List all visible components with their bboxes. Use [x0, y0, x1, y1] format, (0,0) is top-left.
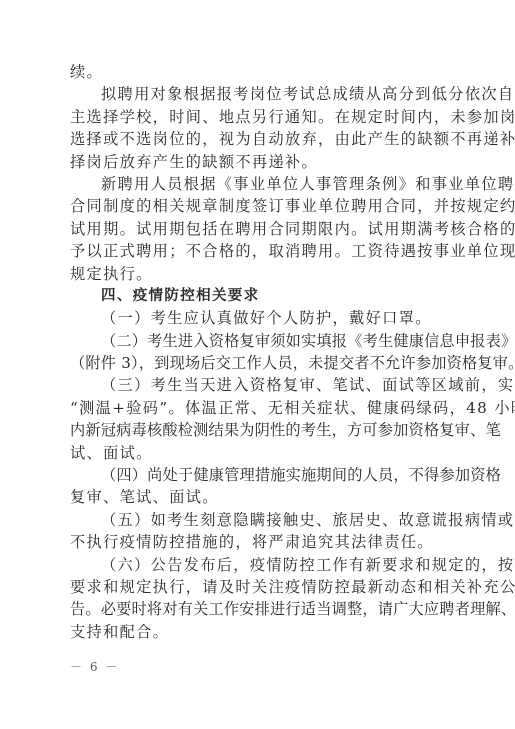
text-line: 试、面试。 — [70, 442, 449, 464]
text-line: 择岗后放弃产生的缺额不再递补。 — [70, 151, 449, 173]
text-line: 复审、笔试、面试。 — [70, 486, 449, 508]
section-heading: 四、疫情防控相关要求 — [70, 285, 449, 307]
text-line: 不执行疫情防控措施的，将严肃追究其法律责任。 — [70, 531, 449, 553]
text-line: 合同制度的相关规章制度签订事业单位聘用合同，并按规定约定 — [70, 195, 449, 217]
list-item-2: （二）考生进入资格复审须如实填报《考生健康信息申报表》 — [70, 330, 449, 352]
list-item-4: （四）尚处于健康管理措施实施期间的人员，不得参加资格 — [70, 464, 449, 486]
text-line: 予以正式聘用；不合格的，取消聘用。工资待遇按事业单位现行 — [70, 240, 449, 262]
text-line: 续。 — [70, 61, 449, 83]
text-line: 要求和规定执行，请及时关注疫情防控最新动态和相关补充公 — [70, 576, 449, 598]
list-item-3: （三）考生当天进入资格复审、笔试、面试等区域前，实行 — [70, 374, 449, 396]
text-line: 规定执行。 — [70, 263, 449, 285]
list-item-6: （六）公告发布后，疫情防控工作有新要求和规定的，按新 — [70, 554, 449, 576]
list-item-1: （一）考生应认真做好个人防护，戴好口罩。 — [70, 307, 449, 329]
paragraph-start: 新聘用人员根据《事业单位人事管理条例》和事业单位聘用 — [70, 173, 449, 195]
paragraph-start: 拟聘用对象根据报考岗位考试总成绩从高分到低分依次自 — [70, 83, 449, 105]
text-line: “测温+验码”。体温正常、无相关症状、健康码绿码，48 小时 — [70, 397, 449, 419]
text-line: 告。必要时将对有关工作安排进行适当调整，请广大应聘者理解、 — [70, 598, 449, 620]
page-number: － 6 － — [70, 658, 119, 675]
text-line: 选择或不选岗位的，视为自动放弃，由此产生的缺额不再递补。 — [70, 128, 449, 150]
document-page: 续。 拟聘用对象根据报考岗位考试总成绩从高分到低分依次自 主选择学校，时间、地点… — [70, 61, 449, 643]
text-line: 试用期。试用期包括在聘用合同期限内。试用期满考核合格的， — [70, 218, 449, 240]
text-line: 内新冠病毒核酸检测结果为阴性的考生，方可参加资格复审、笔 — [70, 419, 449, 441]
text-line: 支持和配合。 — [70, 621, 449, 643]
list-item-5: （五）如考生刻意隐瞒接触史、旅居史、故意谎报病情或拒 — [70, 509, 449, 531]
text-line: 主选择学校，时间、地点另行通知。在规定时间内，未参加岗位 — [70, 106, 449, 128]
text-line: （附件 3），到现场后交工作人员，未提交者不允许参加资格复审。 — [70, 352, 449, 374]
